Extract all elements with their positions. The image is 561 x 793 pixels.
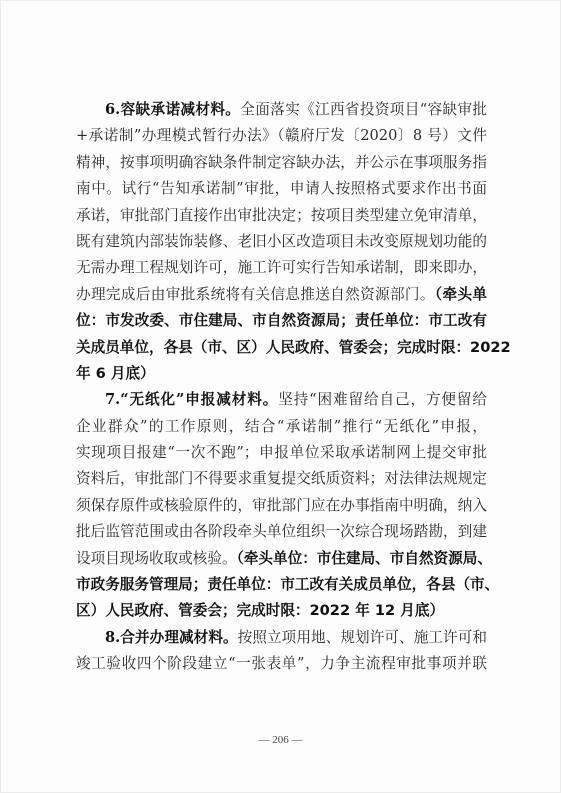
item-heading: 6.容缺承诺减材料。	[105, 101, 240, 118]
text-line: 办理完成后由审批系统将有关信息推送自然资源部门。（牵头单	[76, 282, 487, 308]
item-heading: 8.合并办理减材料。	[105, 629, 238, 646]
text-line: 关成员单位，各县（市、区）人民政府、管委会；完成时限：2022	[76, 335, 487, 361]
text-line: 既有建筑内部装饰装修、老旧小区改造项目未改变原规划功能的	[76, 229, 487, 255]
text-line: 承诺，审批部门直接作出审批决定；按项目类型建立免审清单，	[76, 203, 487, 229]
body-text: 承诺，审批部门直接作出审批决定；按项目类型建立免审清单，	[76, 207, 487, 224]
body-text: 办理完成后由审批系统将有关信息推送自然资源部门。	[76, 286, 435, 303]
text-line: 资料后，审批部门不得要求重复提交纸质资料；对法律法规规定	[76, 466, 487, 492]
body-text: 坚持“困难留给自己，方便留给	[278, 391, 487, 408]
body-text: 全面落实《江西省投资项目“容缺审批	[240, 101, 487, 118]
body-text: 须保存原件或核验原件的，审批部门应在办事指南中明确，纳入	[76, 497, 487, 514]
body-text: 无需办理工程规划许可，施工许可实行告知承诺制，即来即办，	[76, 259, 487, 276]
body-text: 批后监管范围或由各阶段牵头单位组织一次综合现场踏勘，到建	[76, 523, 487, 540]
text-line: 设项目现场收取或核验。（牵头单位：市住建局、市自然资源局、	[76, 546, 487, 572]
text-line: 无需办理工程规划许可，施工许可实行告知承诺制，即来即办，	[76, 255, 487, 281]
text-line: +承诺制”办理模式暂行办法》（赣府厅发〔2020〕8 号）文件	[76, 123, 487, 149]
paragraph-item-8: 8.合并办理减材料。按照立项用地、规划许可、施工许可和 竣工验收四个阶段建立“一…	[76, 625, 487, 678]
text-line: 精神，按事项明确容缺条件制定容缺办法，并公示在事项服务指	[76, 150, 487, 176]
body-text: 竣工验收四个阶段建立“一张表单”，力争主流程审批事项并联	[76, 655, 487, 672]
body-text: 实现项目报建“一次不跑”；申报单位采取承诺制网上提交审批	[76, 444, 487, 461]
text-line: 须保存原件或核验原件的，审批部门应在办事指南中明确，纳入	[76, 493, 487, 519]
body-text: 按照立项用地、规划许可、施工许可和	[238, 629, 487, 646]
body-text: +承诺制”办理模式暂行办法》（赣府厅发〔2020〕8 号）文件	[76, 127, 487, 144]
text-line: 区）人民政府、管委会；完成时限：2022 年 12 月底）	[76, 598, 487, 624]
responsibility-note: 关成员单位，各县（市、区）人民政府、管委会；完成时限：2022	[76, 339, 511, 356]
responsibility-note: 位：市发改委、市住建局、市自然资源局；责任单位：市工改有	[76, 312, 487, 329]
text-line: 6.容缺承诺减材料。全面落实《江西省投资项目“容缺审批	[76, 97, 487, 123]
responsibility-note: 市政务服务管理局；责任单位：市工改有关成员单位，各县（市、	[76, 576, 499, 593]
text-line: 位：市发改委、市住建局、市自然资源局；责任单位：市工改有	[76, 308, 487, 334]
text-line: 实现项目报建“一次不跑”；申报单位采取承诺制网上提交审批	[76, 440, 487, 466]
responsibility-note: 区）人民政府、管委会；完成时限：2022 年 12 月底）	[76, 602, 444, 619]
text-line: 企业群众”的工作原则，结合“承诺制”推行“无纸化”申报，	[76, 414, 487, 440]
responsibility-note: （牵头单	[435, 286, 487, 303]
text-line: 市政务服务管理局；责任单位：市工改有关成员单位，各县（市、	[76, 572, 487, 598]
text-line: 竣工验收四个阶段建立“一张表单”，力争主流程审批事项并联	[76, 651, 487, 677]
text-line: 批后监管范围或由各阶段牵头单位组织一次综合现场踏勘，到建	[76, 519, 487, 545]
body-text: 企业群众”的工作原则，结合“承诺制”推行“无纸化”申报，	[76, 418, 487, 435]
text-line: 年 6 月底）	[76, 361, 487, 387]
text-line: 7.“无纸化”申报减材料。坚持“困难留给自己，方便留给	[76, 387, 487, 413]
body-text: 设项目现场收取或核验。	[76, 550, 237, 567]
text-line: 8.合并办理减材料。按照立项用地、规划许可、施工许可和	[76, 625, 487, 651]
body-text: 既有建筑内部装饰装修、老旧小区改造项目未改变原规划功能的	[76, 233, 487, 250]
body-text: 南中。试行“告知承诺制”审批，申请人按照格式要求作出书面	[76, 180, 487, 197]
item-heading: 7.“无纸化”申报减材料。	[105, 391, 278, 408]
body-text: 精神，按事项明确容缺条件制定容缺办法，并公示在事项服务指	[76, 154, 487, 171]
text-line: 南中。试行“告知承诺制”审批，申请人按照格式要求作出书面	[76, 176, 487, 202]
page-number: — 206 —	[0, 734, 561, 746]
paragraph-item-6: 6.容缺承诺减材料。全面落实《江西省投资项目“容缺审批 +承诺制”办理模式暂行办…	[76, 97, 487, 387]
responsibility-note: （牵头单位：市住建局、市自然资源局、	[237, 550, 492, 567]
paragraph-item-7: 7.“无纸化”申报减材料。坚持“困难留给自己，方便留给 企业群众”的工作原则，结…	[76, 387, 487, 625]
body-text: 资料后，审批部门不得要求重复提交纸质资料；对法律法规规定	[76, 470, 487, 487]
document-body: 6.容缺承诺减材料。全面落实《江西省投资项目“容缺审批 +承诺制”办理模式暂行办…	[76, 97, 487, 678]
responsibility-note: 年 6 月底）	[76, 365, 155, 382]
